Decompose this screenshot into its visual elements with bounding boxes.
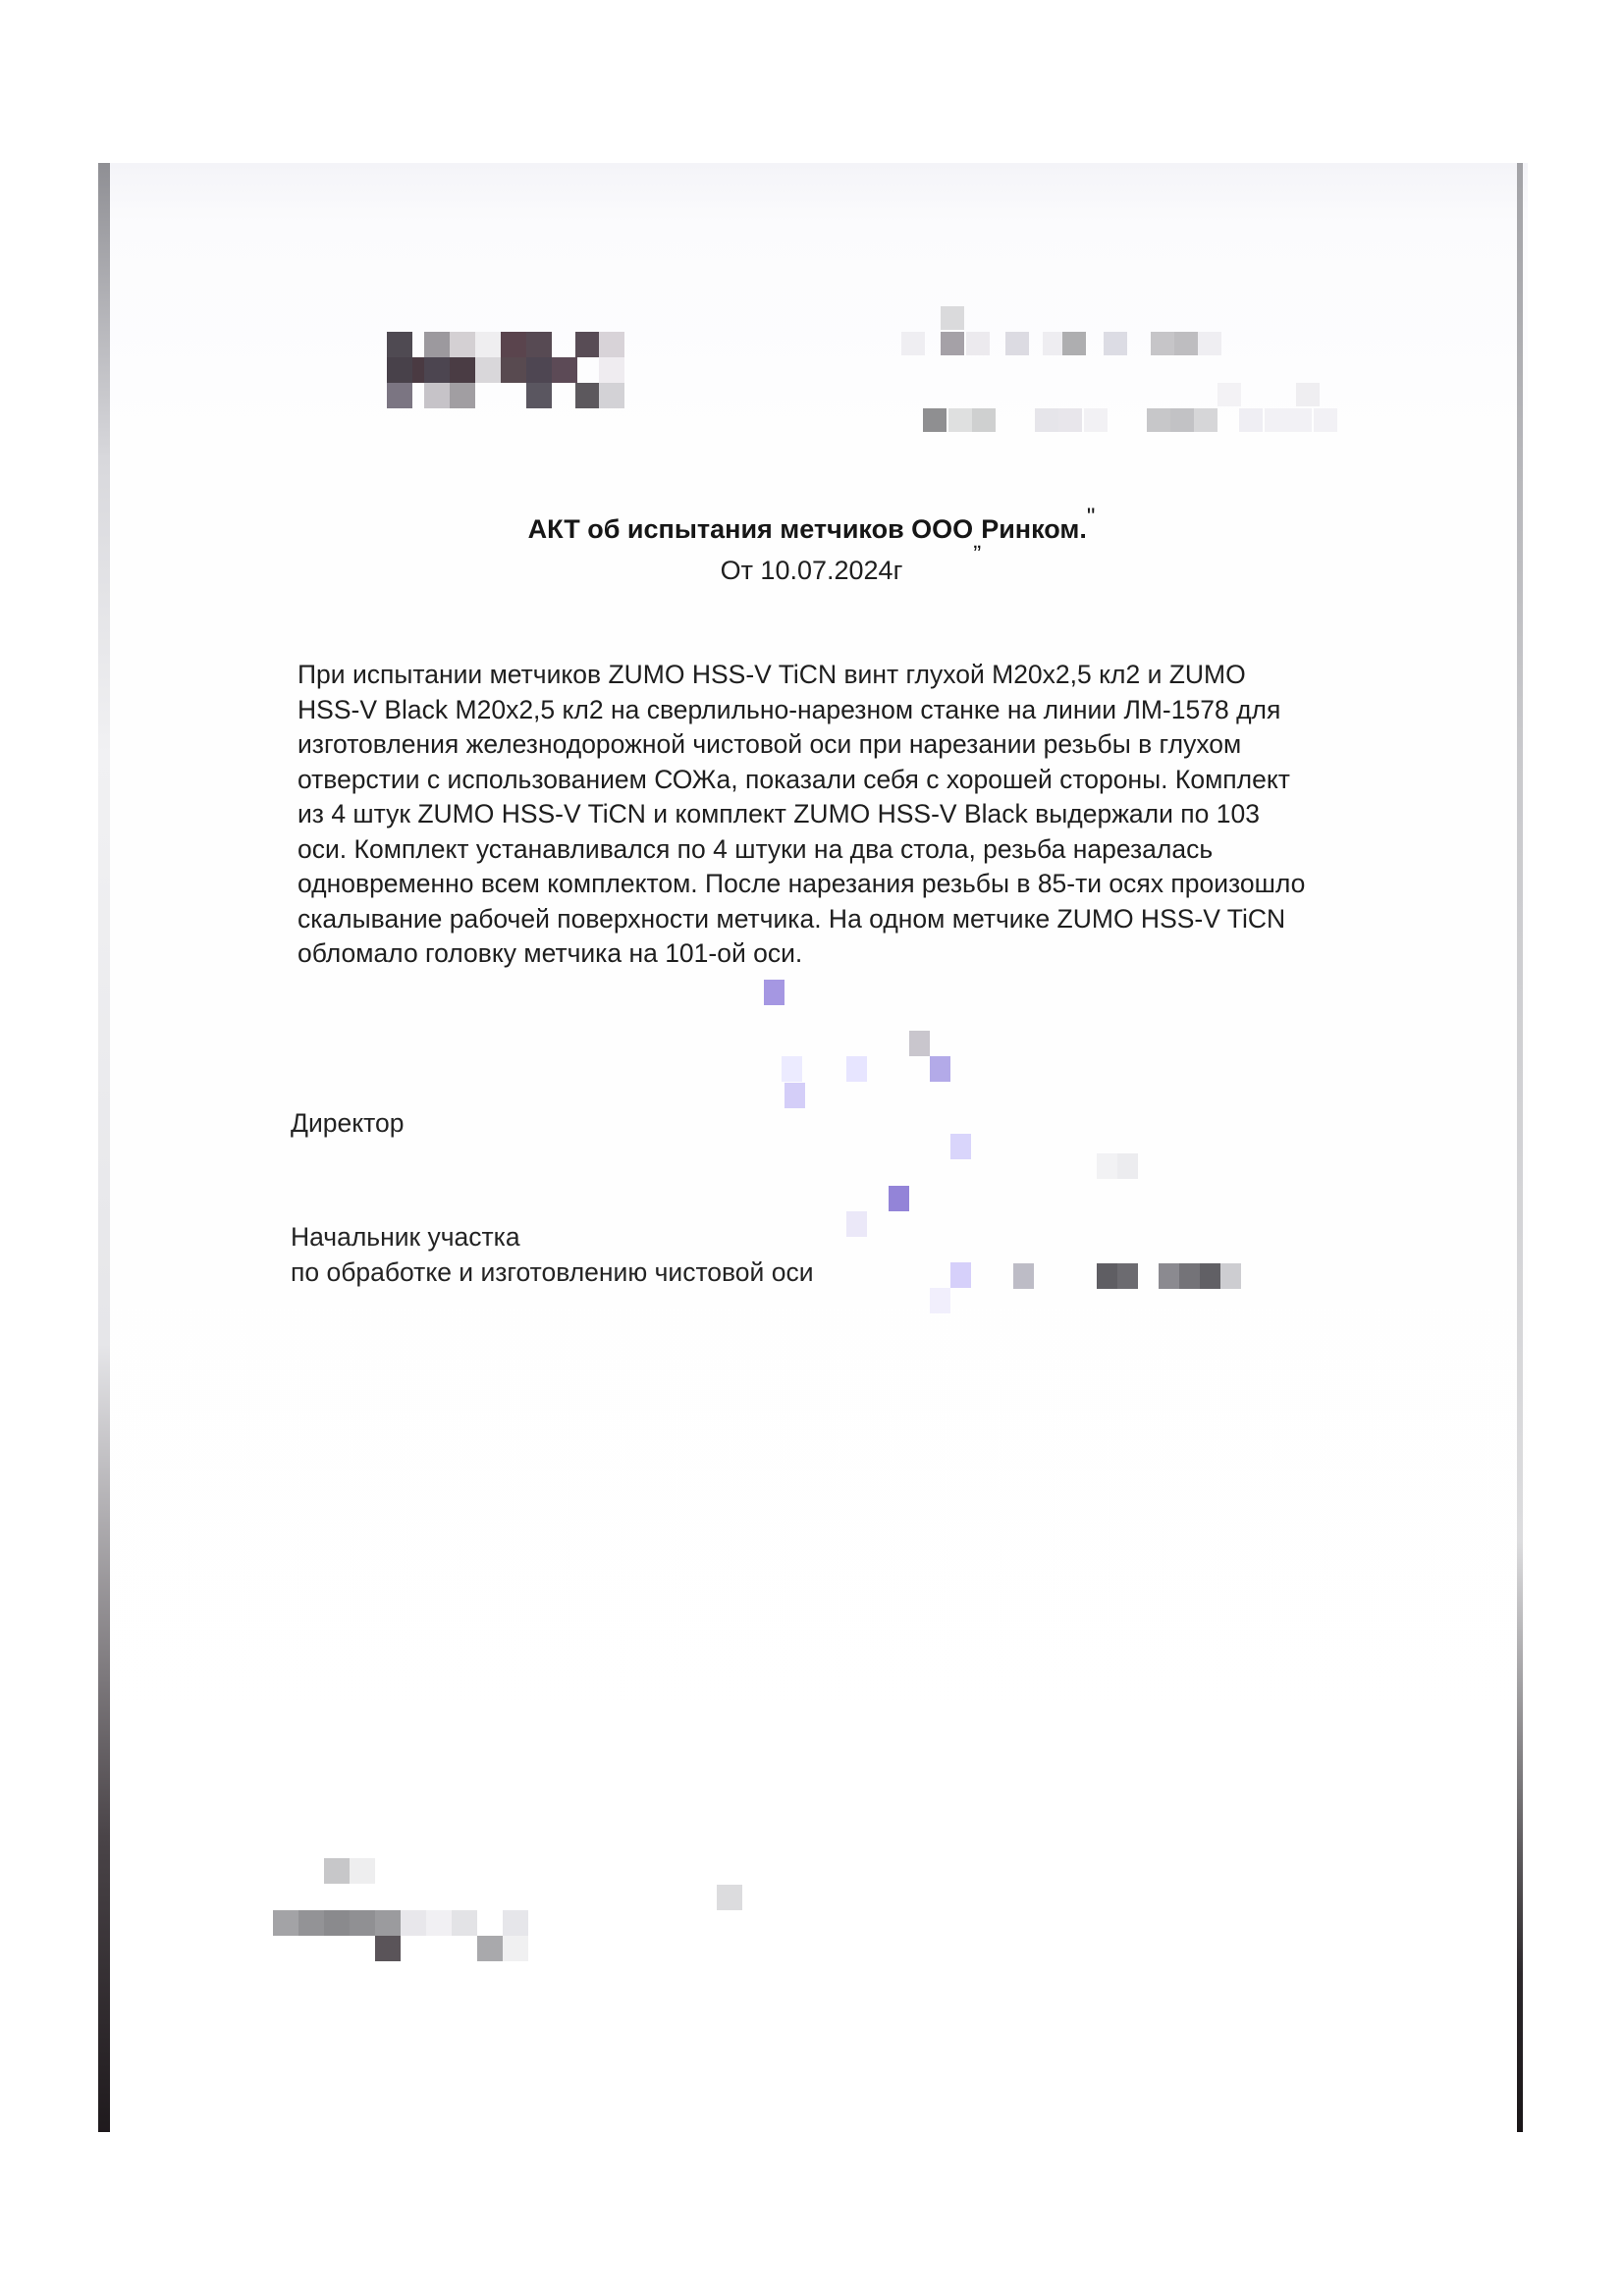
redaction-tile [350,1858,375,1884]
redaction-tile [950,1262,971,1288]
redaction-tile [1179,1263,1200,1289]
redaction-tile [503,1936,528,1961]
redaction-tile [526,357,552,383]
redaction-tile [375,1936,401,1961]
redaction-tile [1058,408,1082,432]
redaction-tile [1117,1153,1138,1179]
redaction-tile [972,408,996,432]
redaction-tile [387,383,412,408]
redaction-tile [1097,1263,1117,1289]
redaction-tile [1217,383,1241,406]
body-line: скалывание рабочей поверхности метчика. … [298,902,1417,937]
redaction-tile [324,1858,350,1884]
body-line: обломало головку метчика на 101-ой оси. [298,936,1417,972]
redaction-tile [599,332,624,357]
redaction-tile [575,332,601,357]
redaction-tile [503,1910,528,1936]
director-signature-block: Директор [291,1105,404,1141]
redaction-tile [764,980,784,1005]
section-head-label-line: Начальник участка [291,1219,814,1255]
scan-edge-left [98,163,110,2132]
redaction-tile [909,1031,930,1056]
redaction-tile [1097,1153,1117,1179]
title-company-name: Ринком. [981,514,1087,544]
redaction-tile [1170,408,1194,432]
redaction-tile [846,1056,867,1082]
title-close-quote: " [1087,504,1096,530]
redaction-tile [923,408,947,432]
body-line: При испытании метчиков ZUMO HSS-V TiCN в… [298,658,1417,693]
redaction-tile [930,1056,950,1082]
redaction-tile [350,1910,375,1936]
document-title: АКТ об испытания метчиков ООО„Ринком." [0,514,1623,545]
redaction-tile [475,332,501,357]
redaction-tile [1314,408,1337,432]
redaction-tile [1174,332,1198,355]
redaction-tile [387,332,412,357]
redaction-tile [552,357,577,383]
redaction-tile [1265,408,1288,432]
title-open-quote: „ [973,527,981,554]
redaction-tile [1288,408,1312,432]
redaction-tile [298,1910,324,1936]
redaction-tile [526,332,552,357]
body-line: HSS-V Black M20x2,5 кл2 на сверлильно-на… [298,693,1417,728]
redaction-tile [889,1186,909,1211]
redaction-tile [1104,332,1127,355]
redaction-tile [375,1910,401,1936]
body-line: из 4 штук ZUMO HSS-V TiCN и комплект ZUM… [298,797,1417,832]
redaction-tile [477,1936,503,1961]
scanned-page [98,163,1528,2132]
redaction-tile [273,1910,298,1936]
redaction-tile [950,1134,971,1159]
scan-edge-right [1517,163,1523,2132]
redaction-tile [501,332,526,357]
redaction-tile [717,1885,742,1910]
redaction-tile [501,357,526,383]
redaction-tile [401,1910,426,1936]
body-line: изготовления железнодорожной чистовой ос… [298,727,1417,763]
redaction-tile [948,408,972,432]
document-body: При испытании метчиков ZUMO HSS-V TiCN в… [298,658,1417,972]
redaction-tile [1147,408,1170,432]
redaction-tile [1013,1263,1034,1289]
redaction-tile [966,332,990,355]
redaction-tile [901,332,925,355]
redaction-tile [324,1910,350,1936]
body-line: одновременно всем комплектом. После наре… [298,867,1417,902]
section-head-label-line: по обработке и изготовлению чистовой оси [291,1255,814,1290]
redaction-tile [1005,332,1029,355]
redaction-tile [1084,408,1108,432]
redaction-tile [784,1083,805,1108]
section-head-signature-block: Начальник участка по обработке и изготов… [291,1219,814,1290]
redaction-tile [450,383,475,408]
redaction-tile [1239,408,1263,432]
redaction-tile [1117,1263,1138,1289]
redaction-tile [1159,1263,1179,1289]
redaction-tile [1296,383,1320,406]
redaction-tile [941,306,964,330]
redaction-tile [575,383,601,408]
director-label: Директор [291,1105,404,1141]
redaction-tile [1200,1263,1220,1289]
redaction-tile [526,383,552,408]
body-line: оси. Комплект устанавливался по 4 штуки … [298,832,1417,868]
redaction-tile [450,332,475,357]
redaction-tile [930,1288,950,1313]
redaction-tile [782,1056,802,1082]
redaction-tile [941,332,964,355]
redaction-tile [1035,408,1058,432]
redaction-tile [1151,332,1174,355]
redaction-tile [846,1211,867,1237]
document-date: От 10.07.2024г [0,556,1623,586]
redaction-tile [450,357,475,383]
redaction-tile [599,383,624,408]
redaction-tile [475,357,501,383]
redaction-tile [1198,332,1221,355]
redaction-tile [599,357,624,383]
redaction-tile [452,1910,477,1936]
redaction-tile [426,1910,452,1936]
redaction-tile [424,332,450,357]
redaction-tile [1220,1263,1241,1289]
redaction-tile [424,383,450,408]
title-prefix: АКТ об испытания метчиков ООО [528,514,974,544]
redaction-tile [1062,332,1086,355]
body-line: отверстии с использованием СОЖа, показал… [298,763,1417,798]
redaction-tile [387,357,412,383]
redaction-tile [1194,408,1217,432]
redaction-tile [424,357,450,383]
